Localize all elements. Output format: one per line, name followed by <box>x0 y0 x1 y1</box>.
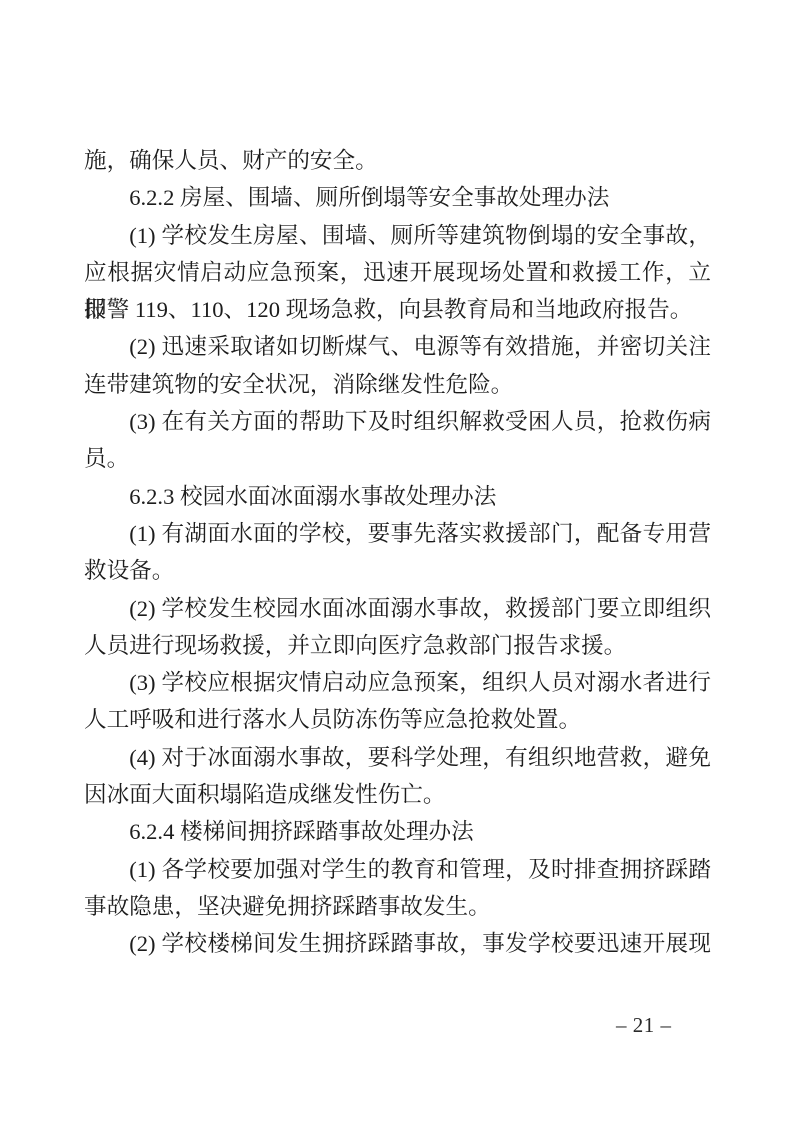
text-line: 6.2.4 楼梯间拥挤踩踏事故处理办法 <box>84 813 711 850</box>
text-line: 人工呼吸和进行落水人员防冻伤等应急抢救处置。 <box>84 701 711 738</box>
text-line: 6.2.2 房屋、围墙、厕所倒塌等安全事故处理办法 <box>84 179 711 216</box>
paragraph: (1) 有湖面水面的学校，要事先落实救援部门，配备专用营救设备。 <box>84 515 711 590</box>
text-line: 施，确保人员、财产的安全。 <box>84 142 711 179</box>
page-footer: – 21 – <box>616 1010 672 1040</box>
text-line: (3) 在有关方面的帮助下及时组织解救受困人员，抢救伤病 <box>84 403 711 440</box>
text-line: 因冰面大面积塌陷造成继发性伤亡。 <box>84 776 711 813</box>
text-line: (1) 学校发生房屋、围墙、厕所等建筑物倒塌的安全事故， <box>84 217 711 254</box>
text-line: (1) 有湖面水面的学校，要事先落实救援部门，配备专用营 <box>84 515 711 552</box>
paragraph: (4) 对于冰面溺水事故，要科学处理，有组织地营救，避免因冰面大面积塌陷造成继发… <box>84 739 711 814</box>
section-heading: 6.2.3 校园水面冰面溺水事故处理办法 <box>84 478 711 515</box>
paragraph: (2) 迅速采取诸如切断煤气、电源等有效措施，并密切关注连带建筑物的安全状况，消… <box>84 328 711 403</box>
text-line: 事故隐患，坚决避免拥挤踩踏事故发生。 <box>84 888 711 925</box>
page-number: – 21 – <box>616 1013 672 1037</box>
text-line: 连带建筑物的安全状况，消除继发性危险。 <box>84 366 711 403</box>
document-page: 施，确保人员、财产的安全。6.2.2 房屋、围墙、厕所倒塌等安全事故处理办法(1… <box>0 0 793 1122</box>
text-line: 6.2.3 校园水面冰面溺水事故处理办法 <box>84 478 711 515</box>
text-line: (2) 迅速采取诸如切断煤气、电源等有效措施，并密切关注 <box>84 328 711 365</box>
text-line: (2) 学校发生校园水面冰面溺水事故，救援部门要立即组织 <box>84 590 711 627</box>
text-line: (1) 各学校要加强对学生的教育和管理，及时排查拥挤踩踏 <box>84 851 711 888</box>
text-line: 人员进行现场救援，并立即向医疗急救部门报告求援。 <box>84 627 711 664</box>
paragraph: (3) 学校应根据灾情启动应急预案，组织人员对溺水者进行人工呼吸和进行落水人员防… <box>84 664 711 739</box>
text-line: (4) 对于冰面溺水事故，要科学处理，有组织地营救，避免 <box>84 739 711 776</box>
paragraph: (3) 在有关方面的帮助下及时组织解救受困人员，抢救伤病员。 <box>84 403 711 478</box>
text-line: 报警 119、110、120 现场急救，向县教育局和当地政府报告。 <box>84 291 711 328</box>
text-line: 救设备。 <box>84 552 711 589</box>
paragraph: 施，确保人员、财产的安全。 <box>84 142 711 179</box>
paragraph: (2) 学校发生校园水面冰面溺水事故，救援部门要立即组织人员进行现场救援，并立即… <box>84 590 711 665</box>
section-heading: 6.2.4 楼梯间拥挤踩踏事故处理办法 <box>84 813 711 850</box>
text-line: 员。 <box>84 440 711 477</box>
paragraph: (2) 学校楼梯间发生拥挤踩踏事故，事发学校要迅速开展现 <box>84 925 711 962</box>
section-heading: 6.2.2 房屋、围墙、厕所倒塌等安全事故处理办法 <box>84 179 711 216</box>
paragraph: (1) 学校发生房屋、围墙、厕所等建筑物倒塌的安全事故，应根据灾情启动应急预案，… <box>84 217 711 329</box>
paragraph: (1) 各学校要加强对学生的教育和管理，及时排查拥挤踩踏事故隐患，坚决避免拥挤踩… <box>84 851 711 926</box>
text-line: (2) 学校楼梯间发生拥挤踩踏事故，事发学校要迅速开展现 <box>84 925 711 962</box>
text-line: (3) 学校应根据灾情启动应急预案，组织人员对溺水者进行 <box>84 664 711 701</box>
text-line: 应根据灾情启动应急预案，迅速开展现场处置和救援工作，立即 <box>84 254 711 291</box>
text-block: 施，确保人员、财产的安全。6.2.2 房屋、围墙、厕所倒塌等安全事故处理办法(1… <box>84 142 711 963</box>
